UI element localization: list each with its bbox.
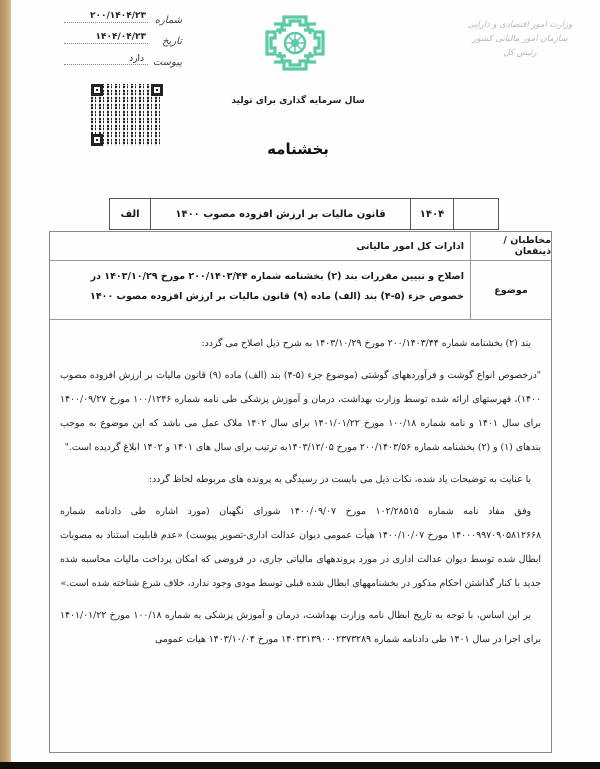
photo-edge-strip xyxy=(0,0,11,762)
meta-attachment-row: پیوست دارد xyxy=(62,56,182,77)
recipients-value: ادارات کل امور مالیاتی xyxy=(50,232,470,260)
subject-label: موضوع xyxy=(470,261,551,319)
number-value: ۲۰۰/۱۴۰۴/۲۳ xyxy=(90,11,146,21)
classification-empty-cell xyxy=(453,199,498,229)
classification-table: ۱۴۰۴ قانون مالیات بر ارزش افزوده مصوب ۱۴… xyxy=(109,198,499,230)
date-value: ۱۴۰۴/۰۴/۲۳ xyxy=(95,32,146,42)
subject-row: موضوع اصلاح و تبیین مقررات بند (۲) بخشنا… xyxy=(50,261,551,320)
letterhead-position: رئیس کل xyxy=(440,46,600,60)
attachment-line: دارد xyxy=(64,56,148,65)
number-label: شماره xyxy=(150,15,182,26)
document-meta: شماره ۲۰۰/۱۴۰۴/۲۳ تاریخ ۱۴۰۴/۰۴/۲۳ پیوست… xyxy=(62,14,182,77)
classification-code: الف xyxy=(110,199,150,229)
recipients-row: مخاطبان / ذینفعان ادارات کل امور مالیاتی xyxy=(50,232,551,261)
attachment-label: پیوست xyxy=(150,57,182,68)
letterhead-organization: سازمان امور مالیاتی کشور xyxy=(440,32,600,46)
number-line: ۲۰۰/۱۴۰۴/۲۳ xyxy=(64,14,148,23)
paragraph-amended-clause: "درخصوص انواع گوشت و فرآوردههای گوشتی (م… xyxy=(60,364,541,460)
classification-year: ۱۴۰۴ xyxy=(410,199,453,229)
paragraph-accordingly: بر این اساس، با توجه به تاریخ ابطال نامه… xyxy=(60,604,541,652)
recipients-label: مخاطبان / ذینفعان xyxy=(470,232,551,260)
paragraph-amendment-intro: بند (۲) بخشنامه شماره ۲۰۰/۱۴۰۳/۴۴ مورخ ۱… xyxy=(60,332,541,356)
circular-body-box: مخاطبان / ذینفعان ادارات کل امور مالیاتی… xyxy=(49,231,552,753)
meta-date-row: تاریخ ۱۴۰۴/۰۴/۲۳ xyxy=(62,35,182,56)
qr-code-icon xyxy=(91,84,163,146)
paragraph-guardian-council: وفق مفاد نامه شماره ۱۰۲/۲۸۵۱۵ مورخ ۱۴۰۰/… xyxy=(60,500,541,596)
date-label: تاریخ xyxy=(150,36,182,47)
letterhead: وزارت امور اقتصادی و دارایی سازمان امور … xyxy=(440,18,600,60)
page-title: بخشنامه xyxy=(200,140,396,158)
letterhead-ministry: وزارت امور اقتصادی و دارایی xyxy=(440,18,600,32)
photo-bottom-edge xyxy=(0,762,600,769)
classification-law: قانون مالیات بر ارزش افزوده مصوب ۱۴۰۰ xyxy=(150,199,410,229)
circular-text: بند (۲) بخشنامه شماره ۲۰۰/۱۴۰۳/۴۴ مورخ ۱… xyxy=(50,320,551,652)
subject-value: اصلاح و تبیین مقررات بند (۲) بخشنامه شما… xyxy=(50,261,470,319)
paragraph-considerations-intro: با عنایت به توضیحات یاد شده، نکات ذیل می… xyxy=(60,468,541,492)
attachment-value: دارد xyxy=(129,54,144,64)
year-slogan: سال سرمایه گذاری برای تولید xyxy=(200,96,396,106)
tax-organization-emblem-icon xyxy=(264,14,326,72)
date-line: ۱۴۰۴/۰۴/۲۳ xyxy=(64,35,148,44)
